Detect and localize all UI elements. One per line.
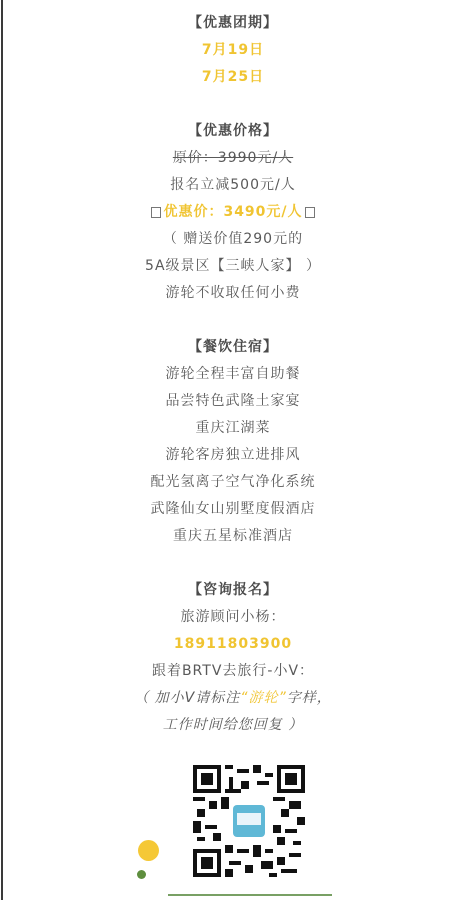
original-price: 原价：3990元/人 bbox=[0, 148, 466, 168]
dining-item: 重庆江湖菜 bbox=[0, 418, 466, 438]
decorative-yellow-dot bbox=[138, 840, 159, 861]
note-line-1: （ 加小V请标注“游轮”字样， bbox=[0, 688, 466, 708]
date-item: 7月19日 bbox=[0, 40, 466, 60]
qr-code-icon bbox=[193, 765, 305, 877]
phone-number[interactable]: 18911803900 bbox=[0, 634, 466, 654]
special-price: 优惠价：3490元/人 bbox=[163, 204, 302, 220]
qr-code-image[interactable] bbox=[193, 765, 305, 877]
date-item: 7月25日 bbox=[0, 67, 466, 87]
dining-item: 武隆仙女山别墅度假酒店 bbox=[0, 499, 466, 519]
contact-heading: 【咨询报名】 bbox=[0, 580, 466, 600]
placeholder-glyph-icon bbox=[305, 207, 315, 218]
decorative-green-dot bbox=[137, 870, 146, 879]
note-keyword: “游轮” bbox=[240, 690, 287, 706]
placeholder-glyph-icon bbox=[151, 207, 161, 218]
gift-line-2: 5A级景区【三峡人家】 ） bbox=[0, 256, 466, 276]
decorative-green-line bbox=[168, 894, 332, 896]
note-post: 字样， bbox=[287, 690, 332, 706]
dining-heading: 【餐饮住宿】 bbox=[0, 337, 466, 357]
dining-item: 重庆五星标准酒店 bbox=[0, 526, 466, 546]
advisor-text: 旅游顾问小杨： bbox=[0, 607, 466, 627]
dining-item: 配光氢离子空气净化系统 bbox=[0, 472, 466, 492]
special-price-row: 优惠价：3490元/人 bbox=[0, 202, 466, 222]
pricing-heading: 【优惠价格】 bbox=[0, 121, 466, 141]
dining-item: 游轮全程丰富自助餐 bbox=[0, 364, 466, 384]
note-pre: （ 加小V请标注 bbox=[134, 690, 240, 706]
gift-line-1: （ 赠送价值290元的 bbox=[0, 229, 466, 249]
note-line-2: 工作时间给您回复 ） bbox=[0, 715, 466, 735]
dining-item: 品尝特色武隆土家宴 bbox=[0, 391, 466, 411]
no-tips-text: 游轮不收取任何小费 bbox=[0, 283, 466, 303]
wechat-text: 跟着BRTV去旅行-小V： bbox=[0, 661, 466, 681]
dates-heading: 【优惠团期】 bbox=[0, 13, 466, 33]
dining-item: 游轮客房独立进排风 bbox=[0, 445, 466, 465]
discount-text: 报名立减500元/人 bbox=[0, 175, 466, 195]
